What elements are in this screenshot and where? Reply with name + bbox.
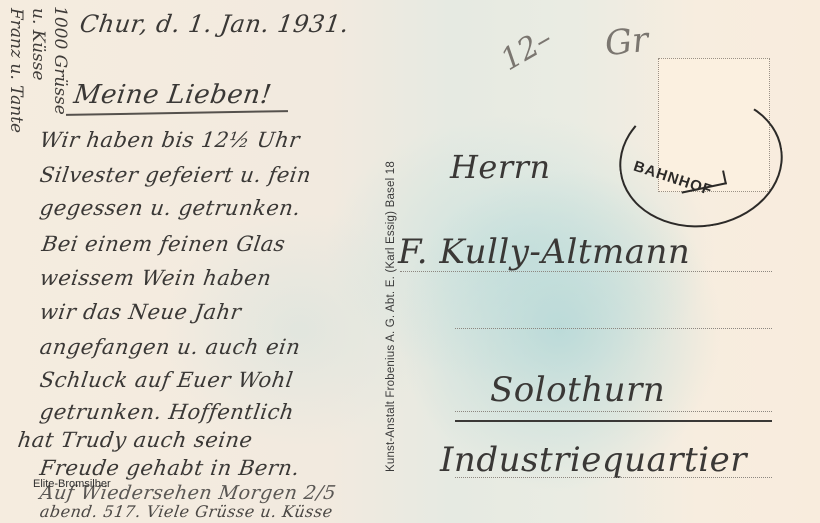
message-line: Wir haben bis 12½ Uhr xyxy=(38,128,301,152)
publisher-label: Elite-Bromsilber xyxy=(33,478,111,490)
margin-note: Franz u. Tante xyxy=(6,8,26,133)
message-line: weissem Wein haben xyxy=(38,266,273,290)
address-name: F. Kully-Altmann xyxy=(398,232,690,272)
address-dotted-line xyxy=(455,411,772,412)
message-line: wir das Neue Jahr xyxy=(38,300,243,324)
margin-note: u. Küsse xyxy=(28,8,48,81)
message-line: Silvester gefeiert u. fein xyxy=(38,163,313,187)
postcard: 12– Gr BAHNHOF 1000 Grüsse u. Küsse Fran… xyxy=(0,0,820,523)
address-city: Solothurn xyxy=(490,370,665,410)
message-line: getrunken. Hoffentlich xyxy=(38,400,295,424)
printer-imprint: Kunst-Anstalt Frobenius A. G. Abt. E. (K… xyxy=(385,161,397,472)
margin-note: 1000 Grüsse xyxy=(50,6,70,115)
message-line: gegessen u. getrunken. xyxy=(38,196,302,220)
message-line: Bei einem feinen Glas xyxy=(40,232,287,256)
address-salutation: Herrn xyxy=(450,148,551,186)
message-date: Chur, d. 1. Jan. 1931. xyxy=(78,10,351,38)
message-line: abend. 517. Viele Grüsse u. Küsse xyxy=(39,502,334,521)
address-dotted-line xyxy=(455,477,772,478)
message-line: angefangen u. auch ein xyxy=(38,335,302,359)
address-dotted-line xyxy=(400,271,772,272)
message-greeting: Meine Lieben! xyxy=(72,80,274,110)
pencil-initial-note: Gr xyxy=(603,20,650,64)
message-line: Freude gehabt in Bern. xyxy=(38,456,301,480)
address-dotted-line xyxy=(455,328,772,329)
address-district: Industriequartier xyxy=(440,440,747,480)
message-line: hat Trudy auch seine xyxy=(16,428,254,452)
address-city-underline xyxy=(455,420,772,422)
pencil-price-note: 12– xyxy=(495,21,559,78)
greeting-underline xyxy=(66,110,288,116)
message-line: Schluck auf Euer Wohl xyxy=(38,368,294,392)
